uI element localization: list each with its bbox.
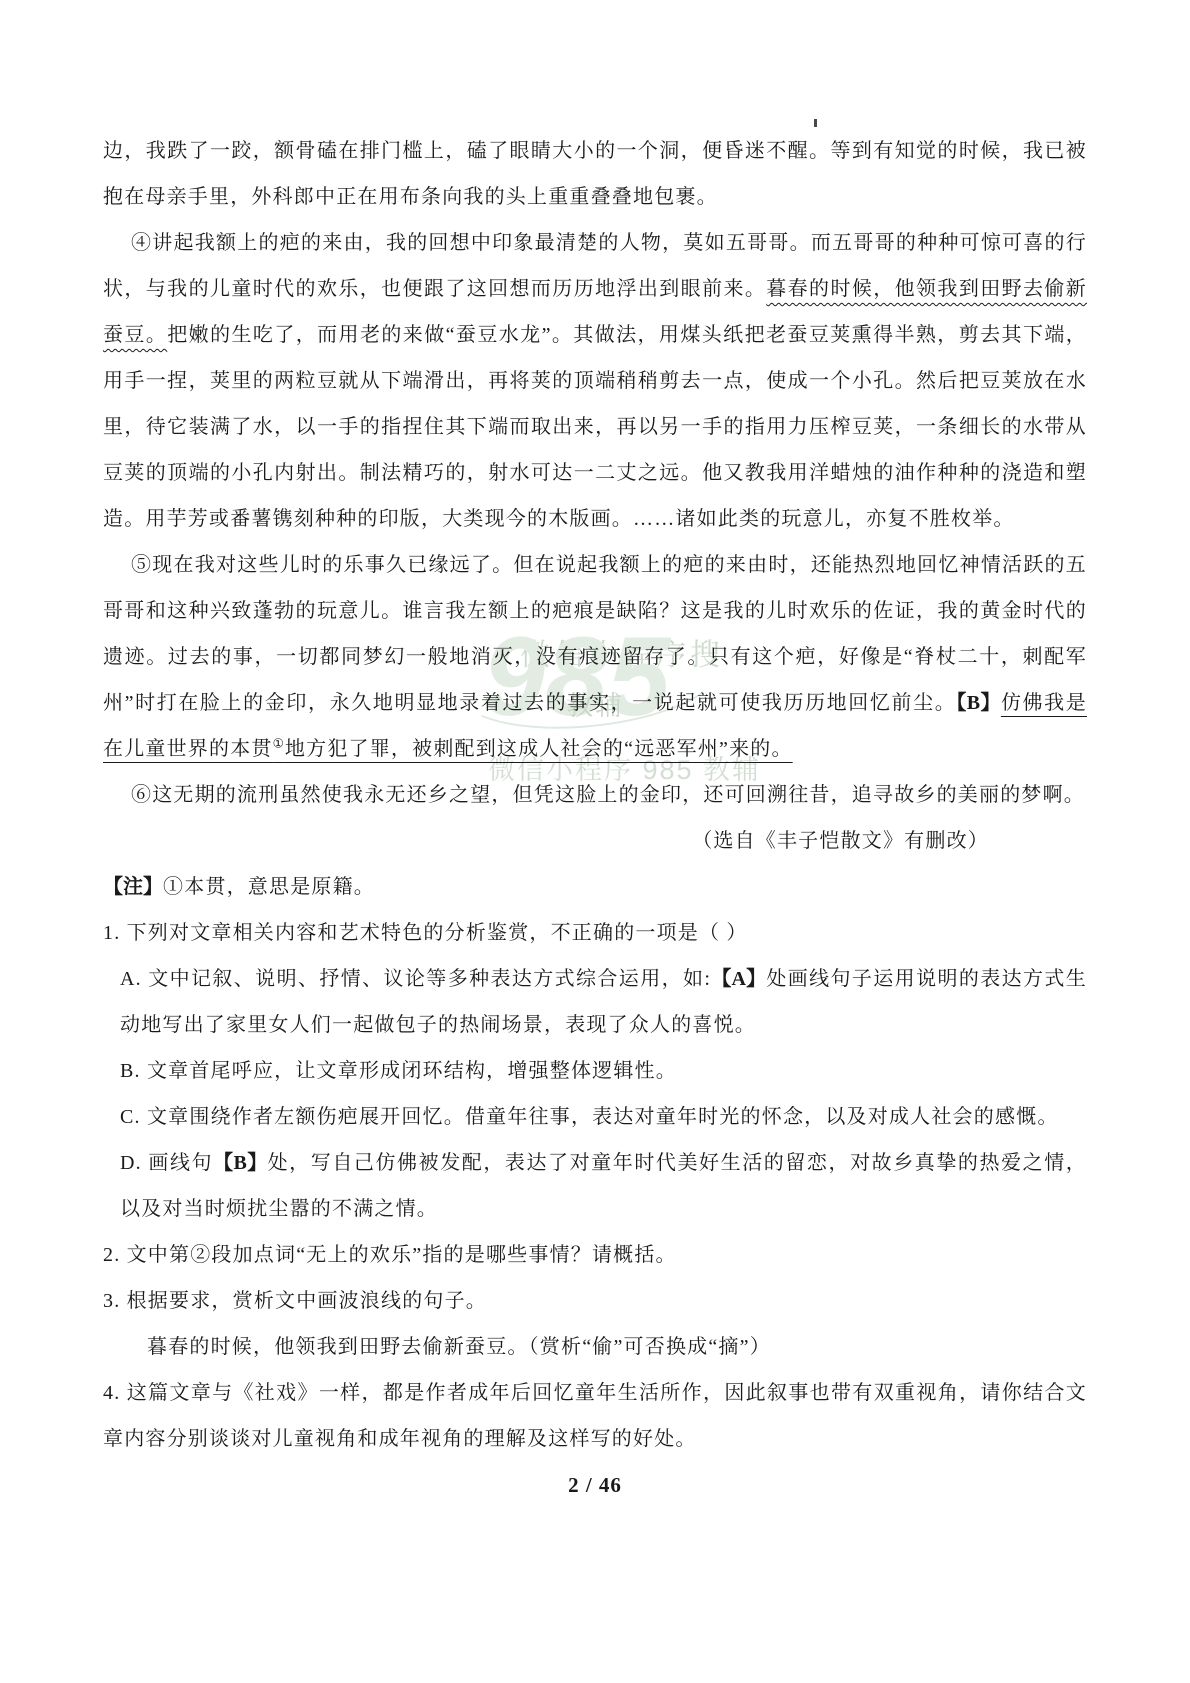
paragraph-5-text: ⑤现在我对这些儿时的乐事久已缘远了。但在说起我额上的疤的来由时，还能热烈地回忆神… [103,554,1087,714]
option-D-text: D. 画线句 [120,1152,213,1174]
footnote: 【注】①本贯，意思是原籍。 [103,864,1087,910]
document-page: { "passage": { "p1": "边，我跌了一跤，额骨磕在排门槛上，磕… [0,0,1190,1683]
source-attribution: （选自《丰子恺散文》有删改） [103,818,1087,864]
question-1: 1. 下列对文章相关内容和艺术特色的分析鉴赏，不正确的一项是（ ） [103,910,1087,956]
option-A-text: A. 文中记叙、说明、抒情、议论等多种表达方式综合运用，如: [120,968,711,990]
scan-artifact [814,119,817,127]
question-3: 3. 根据要求，赏析文中画波浪线的句子。 [103,1278,1087,1324]
question-2: 2. 文中第②段加点词“无上的欢乐”指的是哪些事情？请概括。 [103,1232,1087,1278]
marker-B-in-option: 【B】 [213,1152,267,1174]
passage-paragraph-4: ④讲起我额上的疤的来由，我的回想中印象最清楚的人物，莫如五哥哥。而五哥哥的种种可… [103,220,1087,542]
question-3-example-sentence: 暮春的时候，他领我到田野去偷新蚕豆。（赏析“偷”可否换成“摘”） [103,1324,1087,1370]
passage-paragraph-6: ⑥这无期的流刑虽然使我永无还乡之望，但凭这脸上的金印，还可回溯往昔，追寻故乡的美… [103,772,1087,818]
passage-paragraph-5: ⑤现在我对这些儿时的乐事久已缘远了。但在说起我额上的疤的来由时，还能热烈地回忆神… [103,542,1087,772]
footnote-marker: 【注】 [103,876,163,898]
underlined-sentence-B-part2: 地方犯了罪，被刺配到这成人社会的“远恶军州”来的。 [285,738,793,760]
paragraph-4-text-after: 把嫩的生吃了，而用老的来做“蚕豆水龙”。其做法，用煤头纸把老蚕豆荚熏得半熟，剪去… [103,324,1087,530]
marker-B: 【B】 [956,692,1001,714]
passage-paragraph-continuation: 边，我跌了一跤，额骨磕在排门槛上，磕了眼睛大小的一个洞，便昏迷不醒。等到有知觉的… [103,128,1087,220]
marker-A: 【A】 [711,968,766,990]
question-4: 4. 这篇文章与《社戏》一样，都是作者成年后回忆童年生活所作，因此叙事也带有双重… [103,1370,1087,1462]
footnote-reference-1: ① [273,736,285,750]
question-1-option-B: B. 文章首尾呼应，让文章形成闭环结构，增强整体逻辑性。 [103,1048,1087,1094]
footnote-text: ①本贯，意思是原籍。 [163,876,375,898]
question-1-option-C: C. 文章围绕作者左额伤疤展开回忆。借童年往事，表达对童年时光的怀念，以及对成人… [103,1094,1087,1140]
question-1-option-A: A. 文中记叙、说明、抒情、议论等多种表达方式综合运用，如:【A】处画线句子运用… [103,956,1087,1048]
question-1-option-D: D. 画线句【B】处，写自己仿佛被发配，表达了对童年时代美好生活的留恋，对故乡真… [103,1140,1087,1232]
page-content: 边，我跌了一跤，额骨磕在排门槛上，磕了眼睛大小的一个洞，便昏迷不醒。等到有知觉的… [103,128,1087,1508]
page-number: 2 / 46 [103,1462,1087,1508]
